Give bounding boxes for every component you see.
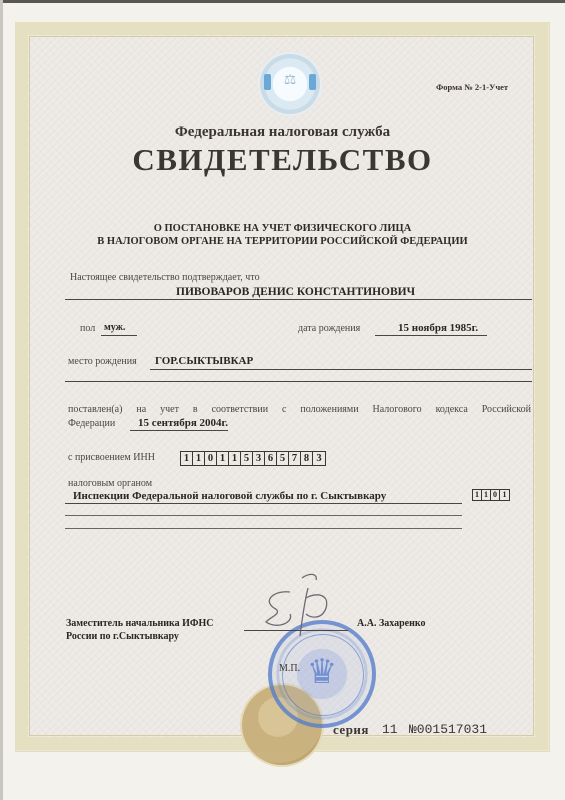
scan-top-edge [0, 0, 565, 3]
birth-place-label: место рождения [68, 356, 137, 367]
birth-date-underline [375, 335, 487, 336]
document-subtitle-line2: В НАЛОГОВОМ ОРГАНЕ НА ТЕРРИТОРИИ РОССИЙС… [0, 236, 565, 247]
signer-name: А.А. Захаренко [357, 618, 425, 629]
authority-underline-3 [65, 528, 462, 529]
authority-underline [65, 503, 462, 504]
signer-position-line1: Заместитель начальника ИФНС [66, 618, 214, 629]
intro-label: Настоящее свидетельство подтверждает, чт… [70, 272, 260, 283]
document-subtitle-line1: О ПОСТАНОВКЕ НА УЧЕТ ФИЗИЧЕСКОГО ЛИЦА [0, 223, 565, 234]
birth-date-value: 15 ноября 1985г. [398, 322, 478, 334]
sex-underline [101, 335, 137, 336]
inn-digit-box: 5 [241, 452, 253, 465]
full-name: ПИВОВАРОВ ДЕНИС КОНСТАНТИНОВИЧ [176, 286, 415, 298]
authority-code-digit-box: 1 [482, 490, 491, 500]
birth-date-label: дата рождения [298, 323, 360, 334]
authority-name: Инспекции Федеральной налоговой службы п… [73, 490, 386, 502]
form-number: Форма № 2-1-Учет [436, 82, 508, 92]
handwritten-signature-icon [250, 570, 360, 670]
registration-text: поставлен(а) на учет в соответствии с по… [68, 404, 531, 415]
serial-series: 11 [382, 722, 398, 737]
inn-digit-box: 0 [205, 452, 217, 465]
inn-label: с присвоением ИНН [68, 452, 155, 463]
authority-code-digit-box: 1 [500, 490, 509, 500]
inn-digit-box: 3 [253, 452, 265, 465]
full-name-underline [65, 299, 532, 300]
emblem-right-bar [309, 74, 316, 90]
authority-label: налоговым органом [68, 478, 152, 489]
serial-number: №001517031 [409, 722, 487, 737]
inn-digit-box: 1 [181, 452, 193, 465]
scan-left-edge [0, 0, 3, 800]
inn-digit-box: 7 [289, 452, 301, 465]
inn-digit-box: 1 [229, 452, 241, 465]
inn-digit-box: 6 [265, 452, 277, 465]
birth-place-underline-2 [65, 381, 532, 382]
authority-code-digit-box: 0 [491, 490, 500, 500]
registration-text-line2: Федерации [68, 418, 115, 429]
document-title: СВИДЕТЕЛЬСТВО [0, 142, 565, 178]
birth-place-underline [150, 369, 532, 370]
inn-digit-box: 8 [301, 452, 313, 465]
inn-field: 110115365783 [180, 451, 326, 466]
authority-code-digit-box: 1 [473, 490, 482, 500]
emblem-left-bar [264, 74, 271, 90]
inn-digit-box: 3 [313, 452, 325, 465]
inn-digit-box: 1 [193, 452, 205, 465]
registration-date-underline [130, 430, 228, 431]
signature-line [244, 630, 348, 631]
birth-place-value: ГОР.СЫКТЫВКАР [155, 355, 253, 367]
emblem-center-icon: ⚖ [282, 70, 298, 92]
authority-code-field: 1101 [472, 489, 510, 501]
stamp-label: М.П. [279, 663, 300, 674]
sex-value: муж. [104, 322, 125, 333]
inn-digit-box: 1 [217, 452, 229, 465]
sex-label: пол [80, 323, 95, 334]
inn-digit-box: 5 [277, 452, 289, 465]
agency-name: Федеральная налоговая служба [0, 124, 565, 141]
signer-position-line2: России по г.Сыктывкару [66, 631, 179, 642]
serial-label: серия [333, 722, 369, 738]
authority-underline-2 [65, 515, 462, 516]
registration-date: 15 сентября 2004г. [138, 417, 228, 429]
fns-emblem-icon: ⚖ [260, 54, 320, 114]
